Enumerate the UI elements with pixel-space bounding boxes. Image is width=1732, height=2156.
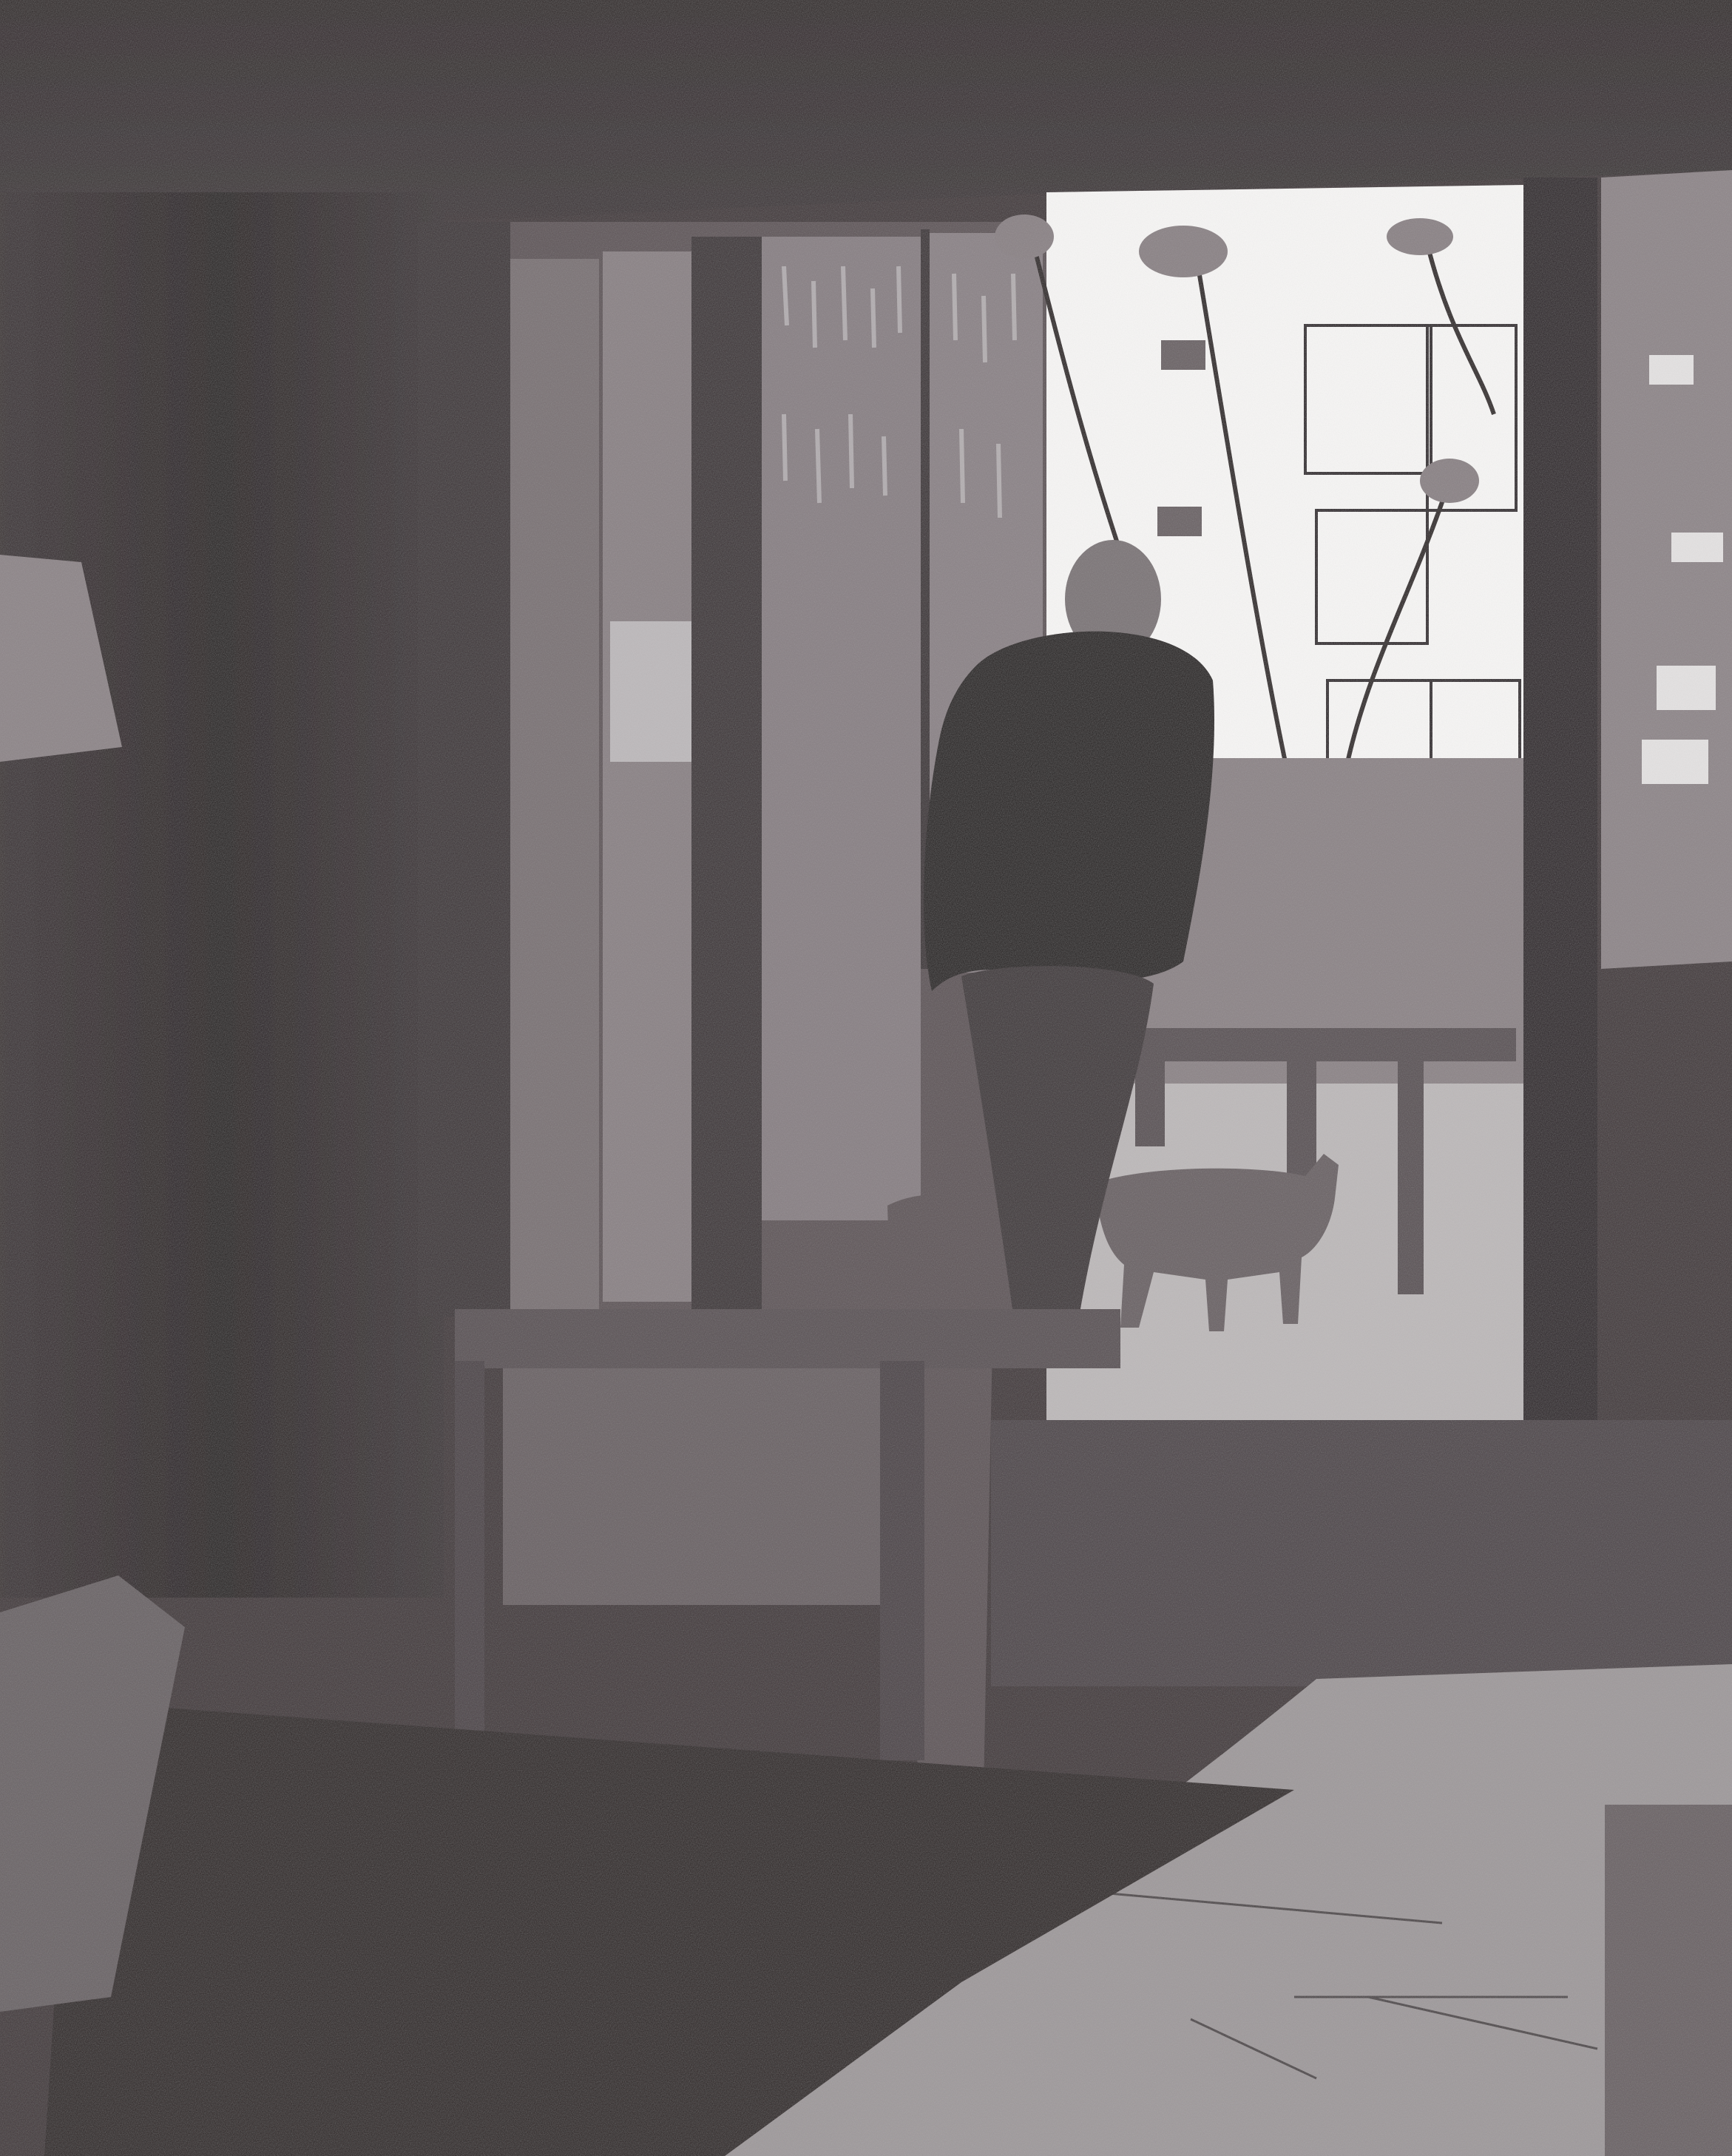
aquatint-artwork	[0, 0, 1732, 2156]
door-post	[1523, 178, 1597, 1509]
figure-jacket	[924, 632, 1214, 991]
left-dark-wall	[0, 192, 444, 1598]
window-sill-wall	[991, 1420, 1732, 1686]
right-foreground-block	[1605, 1805, 1732, 2156]
right-trees	[1601, 170, 1732, 969]
